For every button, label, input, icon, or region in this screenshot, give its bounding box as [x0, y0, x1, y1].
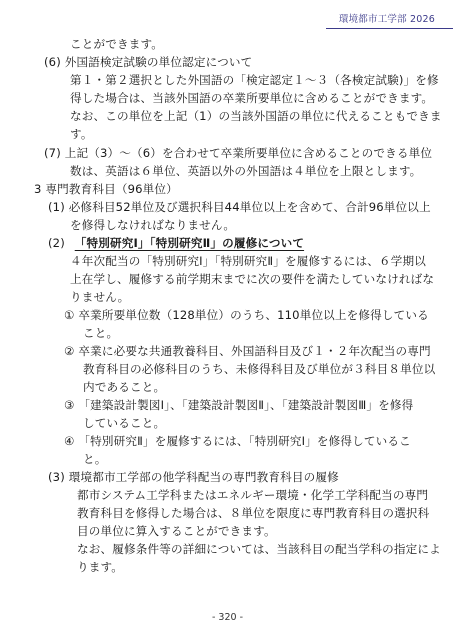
section-heading-6: (6) 外国語検定試験の単位認定について — [44, 54, 252, 71]
text-line: を修得しなければなりません。 — [70, 217, 235, 234]
text-line: と。 — [83, 451, 107, 468]
text-line: 得した場合は、当該外国語の卒業所要単位に含めることができます。 — [70, 90, 433, 107]
text-line: 第１・第２選択とした外国語の「検定認定１～３（各検定試験)」を修 — [70, 72, 439, 89]
text-line: 都市システム工学科またはエネルギー環境・化学工学科配当の専門 — [77, 487, 428, 504]
section-number: (2) — [48, 236, 65, 250]
section-heading-3: (3) 環境都市工学部の他学科配当の専門教育科目の履修 — [48, 469, 339, 486]
text-line: りません。 — [70, 289, 129, 306]
text-line: 目の単位に算入することができます。 — [77, 523, 276, 540]
chapter-heading-3: 3 専門教育科目（96単位） — [34, 181, 178, 198]
text-line: ４年次配当の「特別研究Ⅰ」「特別研究Ⅱ」を履修するには、６学期以 — [70, 253, 426, 270]
text-line: す。 — [70, 126, 93, 143]
text-line: なお、この単位を上記（1）の当該外国語の単位に代えることもできま — [70, 108, 442, 125]
text-line: こと。 — [83, 325, 118, 342]
list-item-4: ④ 「特別研究Ⅱ」を履修するには、「特別研究Ⅰ」を修得しているこ — [64, 433, 411, 450]
list-item-2: ② 卒業に必要な共通教養科目、外国語科目及び１・２年次配当の専門 — [64, 343, 431, 360]
text-line: していること。 — [83, 415, 165, 432]
page-number: - 320 - — [0, 612, 455, 623]
text-line: 内であること。 — [83, 379, 165, 396]
section-title-underlined: 「特別研究Ⅰ」「特別研究Ⅱ」の履修について — [75, 236, 304, 250]
text-line: 教育科目を修得した場合は、８単位を限度に専門教育科目の選択科 — [77, 505, 429, 522]
page-header: 環境都市工学部 2026 — [326, 10, 453, 29]
text-line: ります。 — [77, 559, 123, 576]
text-line: なお、履修条件等の詳細については、当該科目の配当学科の指定によ — [77, 541, 441, 558]
section-heading-1: (1) 必修科目52単位及び選択科目44単位以上を含めて、合計96単位以上 — [48, 199, 431, 216]
header-title: 環境都市工学部 2026 — [339, 11, 435, 25]
text-line: ことができます。 — [70, 36, 163, 53]
list-item-1: ① 卒業所要単位数（128単位）のうち、110単位以上を修得している — [64, 307, 429, 324]
section-heading-2: (2) 「特別研究Ⅰ」「特別研究Ⅱ」の履修について — [48, 235, 304, 252]
text-line: 教育科目の必修科目のうち、未修得科目及び単位が３科目８単位以 — [83, 361, 435, 378]
text-line: 上在学し、履修する前学期末までに次の要件を満たしていなければな — [70, 271, 434, 288]
text-line: 数は、英語は６単位、英語以外の外国語は４単位を上限とします。 — [70, 163, 421, 180]
list-item-3: ③ 「建築設計製図Ⅰ」、「建築設計製図Ⅱ」、「建築設計製図Ⅲ」を修得 — [64, 397, 413, 414]
section-heading-7: (7) 上記（3）～（6）を合わせて卒業所要単位に含めることのできる単位 — [44, 145, 432, 162]
